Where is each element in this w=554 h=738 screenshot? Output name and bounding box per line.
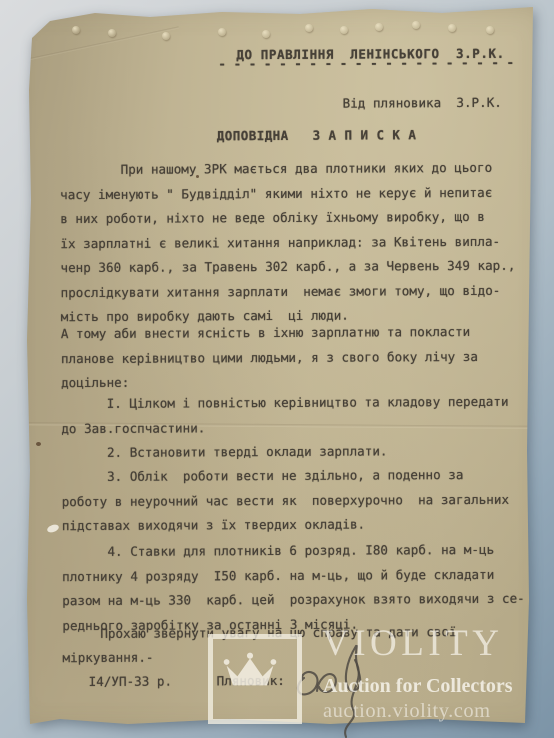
handwritten-signature	[288, 634, 396, 738]
paper-sheet: ДО ПРАВЛІННЯ ЛЕНІНСЬКОГО З.Р.К. - - - - …	[0, 0, 554, 738]
closing-paragraph: Прохаю звернути увагу на цю справу та да…	[62, 620, 457, 670]
list-item-2: 2. Встановити тверді оклади зарплати.	[61, 439, 387, 465]
typewritten-text-layer: ДО ПРАВЛІННЯ ЛЕНІНСЬКОГО З.Р.К. - - - - …	[0, 0, 554, 738]
list-item-3: 3. Облік роботи вести не здільно, а поде…	[62, 463, 510, 539]
photo-background: ДО ПРАВЛІННЯ ЛЕНІНСЬКОГО З.Р.К. - - - - …	[0, 0, 554, 738]
paragraph-2: А тому аби внести ясність в іхню зарплат…	[61, 320, 478, 396]
recipient-underline: - - - - - - - - - - - - - - - - - - - -	[218, 55, 514, 72]
document-title: ДОПОВІДНА З А П И С К А	[217, 127, 417, 143]
date-line: І4/УП-33 р.	[89, 674, 172, 689]
list-item-1: І. Цілком і повністью керівництво та кла…	[61, 390, 509, 441]
sender-line: Від пляновика З.Р.К.	[343, 95, 502, 111]
paragraph-1: При нашому ЗРК мається два плотники яких…	[60, 156, 516, 330]
signee-label: Пляновик:	[217, 673, 285, 688]
